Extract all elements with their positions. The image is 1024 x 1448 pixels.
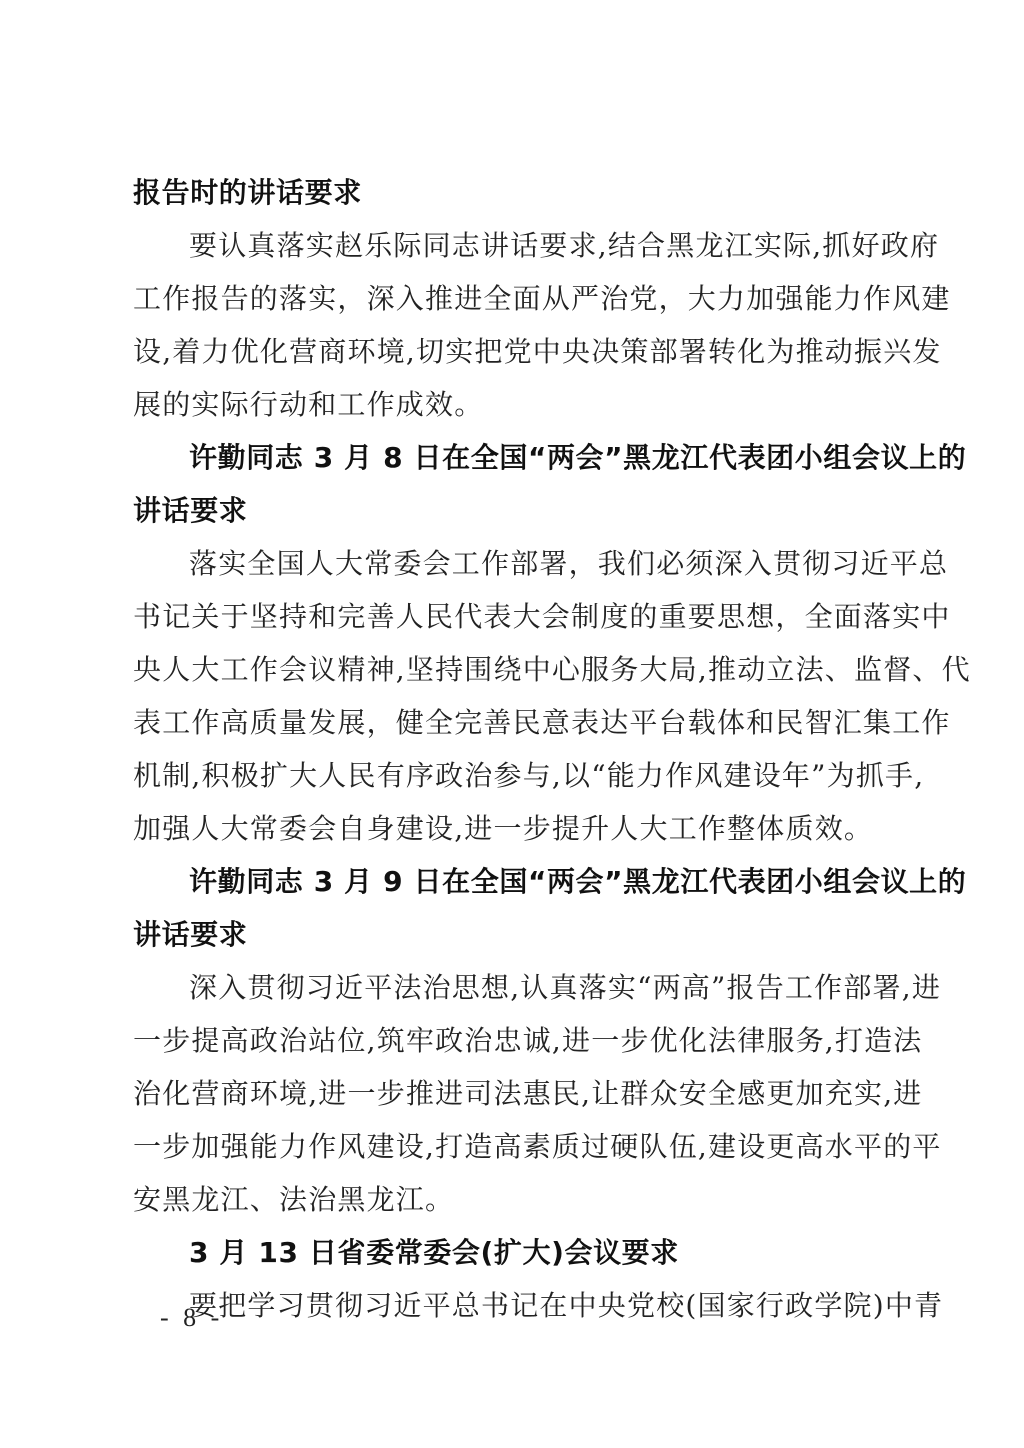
paragraph-line: 落实全国人大常委会工作部署，我们必须深入贯彻习近平总 xyxy=(133,537,895,590)
paragraph-line: 设,着力优化营商环境,切实把党中央决策部署转化为推动振兴发 xyxy=(133,325,895,378)
paragraph-line: 一步提高政治站位,筑牢政治忠诚,进一步优化法律服务,打造法 xyxy=(133,1014,895,1067)
paragraph-line: 书记关于坚持和完善人民代表大会制度的重要思想，全面落实中 xyxy=(133,590,895,643)
paragraph-line: 一步加强能力作风建设,打造高素质过硬队伍,建设更高水平的平 xyxy=(133,1120,895,1173)
section-heading: 许勤同志 3 月 8 日在全国“两会”黑龙江代表团小组会议上的 xyxy=(133,431,895,484)
section-heading: 许勤同志 3 月 9 日在全国“两会”黑龙江代表团小组会议上的 xyxy=(133,855,895,908)
paragraph-line: 机制,积极扩大人民有序政治参与,以“能力作风建设年”为抓手, xyxy=(133,749,895,802)
section-1: 报告时的讲话要求 要认真落实赵乐际同志讲话要求,结合黑龙江实际,抓好政府 工作报… xyxy=(133,166,895,431)
paragraph-line: 表工作高质量发展，健全完善民意表达平台载体和民智汇集工作 xyxy=(133,696,895,749)
paragraph-line: 安黑龙江、法治黑龙江。 xyxy=(133,1173,895,1226)
paragraph-line: 展的实际行动和工作成效。 xyxy=(133,378,895,431)
section-heading: 讲话要求 xyxy=(133,908,895,961)
paragraph-line: 央人大工作会议精神,坚持围绕中心服务大局,推动立法、监督、代 xyxy=(133,643,895,696)
paragraph-line: 深入贯彻习近平法治思想,认真落实“两高”报告工作部署,进 xyxy=(133,961,895,1014)
section-4: 3 月 13 日省委常委会(扩大)会议要求 要把学习贯彻习近平总书记在中央党校(… xyxy=(133,1226,895,1332)
section-heading: 报告时的讲话要求 xyxy=(133,166,895,219)
paragraph-line: 要把学习贯彻习近平总书记在中央党校(国家行政学院)中青 xyxy=(133,1279,895,1332)
paragraph-line: 要认真落实赵乐际同志讲话要求,结合黑龙江实际,抓好政府 xyxy=(133,219,895,272)
paragraph-line: 工作报告的落实，深入推进全面从严治党，大力加强能力作风建 xyxy=(133,272,895,325)
paragraph-line: 治化营商环境,进一步推进司法惠民,让群众安全感更加充实,进 xyxy=(133,1067,895,1120)
section-3: 许勤同志 3 月 9 日在全国“两会”黑龙江代表团小组会议上的 讲话要求 深入贯… xyxy=(133,855,895,1226)
section-heading: 讲话要求 xyxy=(133,484,895,537)
page-number: - 8 - xyxy=(160,1303,223,1333)
section-heading: 3 月 13 日省委常委会(扩大)会议要求 xyxy=(133,1226,895,1279)
document-page: 报告时的讲话要求 要认真落实赵乐际同志讲话要求,结合黑龙江实际,抓好政府 工作报… xyxy=(133,166,895,1332)
paragraph-line: 加强人大常委会自身建设,进一步提升人大工作整体质效。 xyxy=(133,802,895,855)
section-2: 许勤同志 3 月 8 日在全国“两会”黑龙江代表团小组会议上的 讲话要求 落实全… xyxy=(133,431,895,855)
